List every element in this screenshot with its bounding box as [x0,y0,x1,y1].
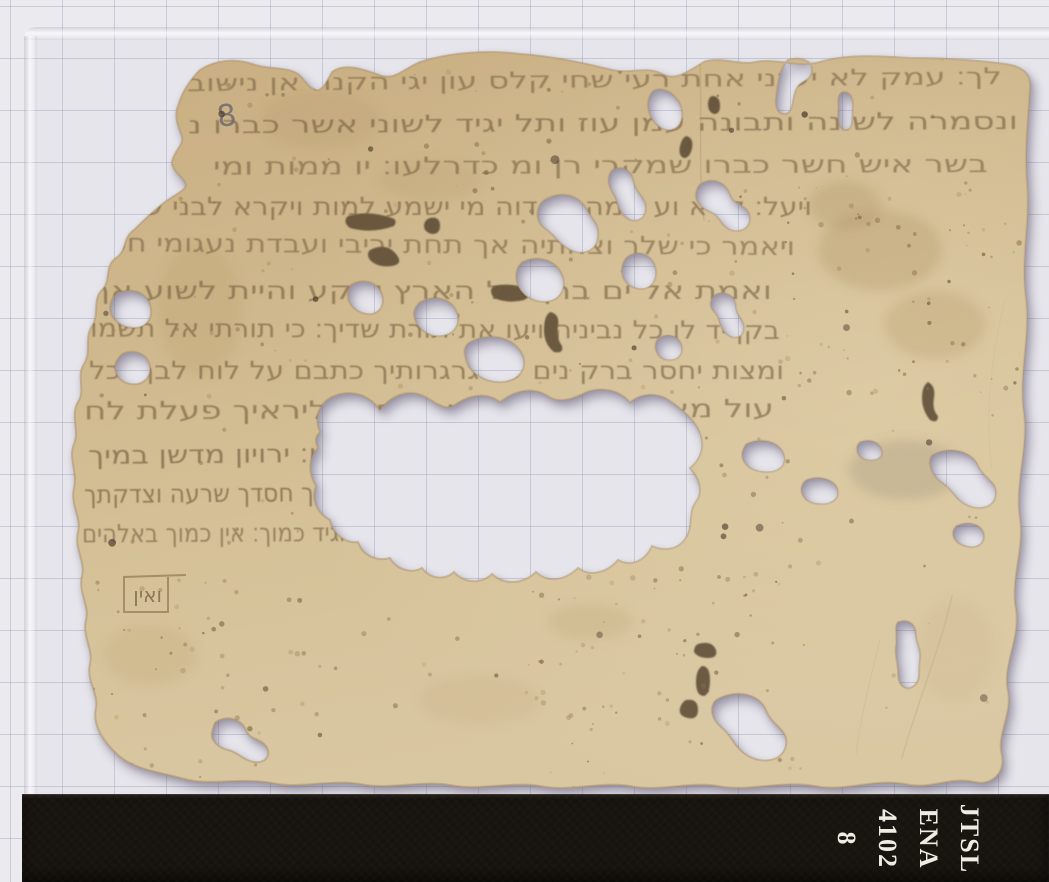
dark-pinhole [980,694,988,702]
speckle [559,663,562,666]
speckle [790,757,794,761]
dark-pinhole [551,155,560,164]
dark-pinhole [756,524,764,532]
speckle [288,650,293,655]
speckle [247,726,252,731]
speckle [942,59,944,61]
speckle [220,654,225,659]
shelfmark-label: JTSL ENA 4102 8 [822,793,990,882]
speckle [708,220,710,222]
speckle [398,384,403,389]
speckle [393,202,398,207]
speckle [845,310,849,314]
shelfmark-line-collection: ENA [908,793,949,882]
speckle [408,332,413,337]
manuscript-text-line: ביך יחסיון׃ ירויון מדשן במיך [88,438,428,470]
speckle [144,393,147,396]
speckle [700,742,703,745]
speckle [539,660,543,664]
speckle [641,619,645,623]
speckle [667,628,671,632]
speckle [114,329,116,331]
speckle [257,731,261,735]
speckle [775,581,777,583]
speckle [484,170,489,175]
speckle [315,712,319,716]
speckle [552,511,555,514]
speckle [766,689,769,692]
manuscript-text-line: ל וביניה [600,439,700,464]
speckle [590,646,594,650]
speckle [222,428,226,432]
speckle [603,621,605,623]
speckle [63,588,67,592]
speckle [785,356,790,361]
speckle [356,433,359,436]
speckle [602,706,604,708]
speckle [912,300,915,303]
speckle [701,683,706,688]
speckle [439,489,441,491]
manuscript-text-line: בוך חסדך שרעה וצדקתך [84,478,334,509]
speckle [654,588,656,590]
speckle [714,670,718,674]
speckle [158,588,162,592]
speckle [966,245,967,246]
speckle [247,103,252,108]
speckle [130,540,134,544]
speckle [676,653,678,655]
speckle [765,476,768,479]
speckle [734,632,739,637]
speckle [629,358,633,362]
speckle [875,218,880,223]
speckle [705,436,708,439]
speckle [569,369,572,372]
speckle [849,519,854,524]
speckle [211,627,216,632]
manuscript-text-line: חגיד כמוך׃ אין כמוך באלהים [82,518,354,548]
speckle [782,396,787,401]
dark-pinhole [632,345,637,350]
speckle [927,321,931,325]
speckle [111,693,113,695]
speckle [739,195,742,198]
speckle [564,494,570,500]
speckle [743,576,746,579]
dark-pinhole [103,311,108,316]
speckle [1013,251,1015,253]
speckle [756,711,761,716]
speckle [235,527,239,531]
speckle [855,152,860,157]
speckle [532,591,534,593]
speckle [885,707,887,709]
dark-pinhole [722,523,729,530]
manuscript-photo: לך׃ עמק לא יענני אחת רעי שחי קלס עון יגי… [0,0,1049,882]
speckle [657,691,661,695]
dark-pinhole [801,111,807,117]
speckle [472,188,477,193]
speckle [428,673,432,677]
speckle [792,272,795,275]
speckle [725,577,730,582]
speckle [281,93,285,97]
speckle [782,522,783,523]
speckle [524,330,527,333]
speckle [849,203,854,208]
speckle [547,216,550,219]
manuscript-text-line: ואמת אל ים ברך כל הארץ יתקע והיית לשוע א… [92,276,772,305]
speckle [653,578,658,583]
speckle [202,632,205,635]
shelfmark-line-folio: 8 [826,793,867,882]
speckle [547,88,551,92]
speckle [271,708,275,712]
speckle [541,700,546,705]
speckle [73,773,76,776]
speckle [571,743,573,745]
speckle [525,691,528,694]
speckle [302,651,307,656]
speckle [387,617,391,621]
speckle [155,668,157,670]
speckle [729,271,734,276]
speckle [698,386,700,388]
speckle [843,350,845,352]
speckle [549,160,551,162]
speckle [582,707,586,711]
speckle [274,350,276,352]
manuscript-text-line: ומצות יחסר ברק נים על גרגרותיך כתבם על ל… [89,356,784,385]
speckle [525,335,529,339]
speckle [226,673,229,676]
dark-pinhole [596,631,603,638]
speckle [110,768,113,771]
speckle [166,70,169,73]
speckle [913,232,917,236]
speckle [265,93,268,96]
manuscript-text-line: בקן יד לן כל נביניה ויעו את תורת שדיך׃ כ… [90,314,780,345]
speckle [898,369,901,372]
speckle [778,359,783,364]
speckle [175,327,179,331]
speckle [568,713,573,718]
speckle [318,733,323,738]
speckle [903,372,907,376]
speckle [616,106,620,110]
speckle [494,673,498,677]
speckle [744,189,748,193]
speckle [798,384,801,387]
speckle [888,197,892,201]
speckle [318,665,321,668]
speckle [667,233,670,236]
speckle [1013,381,1016,384]
speckle [68,756,71,759]
speckle [190,647,195,652]
speckle [342,485,345,488]
speckle [982,228,986,232]
speckle [923,565,926,568]
speckle [672,270,677,275]
speckle [771,642,774,645]
speckle [114,715,119,720]
speckle [427,261,431,265]
speckle [69,761,73,765]
speckle [214,709,218,713]
speckle [837,266,842,271]
speckle [234,590,238,594]
speckle [737,102,740,105]
speckle [813,371,817,375]
speckle [221,686,225,690]
speckle [361,413,363,415]
speckle [804,197,807,200]
dark-pinhole [721,533,727,539]
speckle [946,360,950,364]
speckle [207,394,212,399]
speckle [297,598,302,603]
speckle [609,581,614,586]
speckle [751,492,756,497]
speckle [584,299,585,300]
speckle [529,209,534,214]
speckle [468,386,472,390]
speckle [670,390,674,394]
speckle [622,672,625,675]
speckle [713,366,716,369]
speckle [965,193,967,195]
speckle [757,437,760,440]
speckle [539,593,544,598]
speckle [521,220,525,224]
manuscript-text-line: ונסמרה לשונה ותבונה עמן עוז ותל יגיד לשו… [188,107,1018,139]
speckle [891,673,896,678]
speckle [295,651,300,656]
speckle [143,713,147,717]
speckle [100,393,104,397]
manuscript-text-line: בשר איש חשר כברו שמקרי רן ומ כדרלעו׃ יו … [213,150,988,181]
speckle [679,579,681,581]
speckle [209,331,213,335]
manuscript-text-line: ויאמר כי שלך וצאתיה אך תחת יריבי ועבדת נ… [90,228,795,261]
speckle [696,633,699,636]
speckle [803,644,805,646]
speckle [929,623,930,624]
manuscript-text-line: ויעל׃ קרא וע שמה ידי דוה מי ישמע למות וי… [97,192,812,221]
speckle [665,721,670,726]
speckle [291,268,294,271]
speckle [478,457,481,460]
speckle [982,253,986,257]
speckle [546,138,551,143]
speckle [818,222,823,227]
speckle [67,724,69,726]
speckle [199,461,203,465]
speckle [373,330,376,333]
speckle [503,348,507,352]
dark-pinhole [108,539,116,547]
speckle [752,310,756,314]
speckle [161,637,163,639]
speckle [576,650,578,652]
speckle [190,62,192,64]
speckle [638,634,642,638]
dark-pinhole [926,439,932,445]
speckle [1015,367,1019,371]
speckle [816,560,821,565]
speckle [588,82,592,86]
speckle [588,403,590,405]
speckle [85,219,91,225]
speckle [573,597,575,599]
speckle [328,158,330,160]
speckle [324,161,326,163]
speckle [615,712,617,714]
speckle [927,297,930,300]
speckle [475,90,477,92]
speckle [1025,588,1028,591]
dark-pinhole [715,706,720,711]
speckle [630,575,636,581]
speckle [655,399,660,404]
shelfmark-line-number: 4102 [867,793,908,882]
speckle [179,197,183,201]
speckle [95,581,99,585]
speckle [991,378,993,380]
speckle [482,151,486,155]
speckle [292,156,296,160]
speckle [964,181,967,184]
speckle [579,363,581,365]
speckle [232,725,234,727]
speckle [615,603,618,606]
dark-pinhole [313,296,319,302]
speckle [346,200,349,203]
speckle [786,459,790,463]
speckle [967,232,969,234]
manuscript-text-line: עול מצות יי וברי וך אשר צפנת ליראיך פעלת… [84,394,774,425]
boxed-catchword-text: ואין [133,583,162,607]
dark-pinhole [218,111,225,118]
speckle [752,589,755,592]
speckle [798,538,803,543]
speckle [658,717,661,720]
speckle [799,372,802,375]
speckle [1012,772,1017,777]
speckle [683,639,686,642]
speckle [683,654,686,657]
speckle [777,583,780,586]
speckle [666,698,670,702]
speckle [362,398,364,400]
speckle [544,559,548,563]
speckle [232,227,237,232]
speckle [446,69,451,74]
speckle [479,363,483,367]
speckle [961,342,966,347]
speckle [630,230,633,233]
speckle [150,763,155,768]
speckle [988,307,990,309]
speckle [988,482,991,485]
speckle [793,298,795,300]
speckle [227,541,231,545]
speckle [205,582,207,584]
speckle [393,703,398,708]
speckle [226,83,231,88]
speckle [866,222,871,227]
speckle [786,335,788,337]
speckle [297,530,299,532]
speckle [452,333,454,335]
speckle [973,374,977,378]
speckle [969,189,972,192]
shelfmark-line-library: JTSL [949,793,990,882]
speckle [139,586,144,591]
speckle [743,594,746,597]
speckle [722,473,727,478]
speckle [384,209,388,213]
speckle [177,578,181,582]
speckle [903,636,906,639]
speckle [235,715,240,720]
speckle [223,579,227,583]
speckle [799,767,802,770]
speckle [787,221,789,223]
speckle [788,564,792,568]
speckle [213,201,216,204]
speckle [300,702,305,707]
speckle [142,157,148,163]
speckle [715,339,720,344]
speckle [144,747,147,750]
speckle [304,359,307,362]
speckle [679,566,684,571]
speckle [865,248,870,253]
speckle [586,574,592,580]
speckle [975,516,978,519]
speckle [534,696,538,700]
speckle [569,257,573,261]
speckle [67,596,71,600]
speckle [716,94,719,97]
speckle [816,187,818,189]
speckle [688,740,691,743]
speckle [496,86,498,88]
speckle [194,296,196,298]
speckle [558,598,560,600]
speckle [610,705,613,708]
speckle [590,728,593,731]
speckle [261,269,264,272]
speckle [855,217,857,219]
speckle [1003,386,1008,391]
speckle [78,579,80,581]
speckle [528,664,530,666]
shelfmark-strip: JTSL ENA 4102 8 [22,794,1049,882]
speckle [734,260,737,263]
speckle [912,360,915,363]
speckle [235,327,239,331]
dark-pinhole [737,717,745,725]
speckle [254,763,257,766]
speckle [456,186,457,187]
speckle [858,215,862,219]
speckle [207,617,210,620]
speckle [287,597,292,602]
